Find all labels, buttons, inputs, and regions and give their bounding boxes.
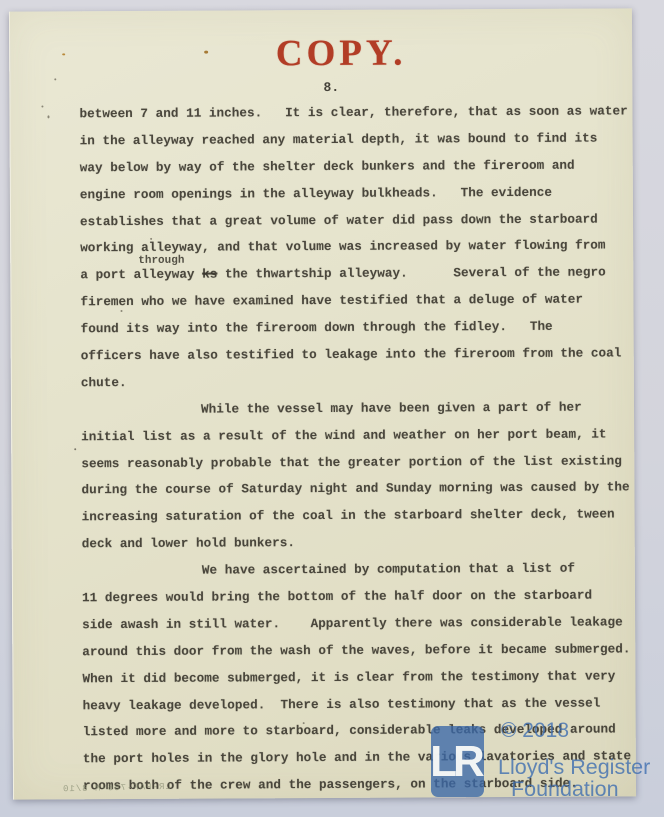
paper-speck <box>41 105 43 107</box>
struck-word: ks <box>202 267 217 282</box>
text-line: We have ascertained by computation that … <box>82 555 642 585</box>
text-line: found its way into the fireroom down thr… <box>81 313 641 343</box>
text-line: initial list as a result of the wind and… <box>81 421 641 451</box>
text-line: around this door from the wash of the wa… <box>82 636 642 666</box>
paper-speck <box>54 78 56 80</box>
text-line: side awash in still water. Apparently th… <box>82 609 642 639</box>
text-line: between 7 and 11 inches. It is clear, th… <box>79 98 639 128</box>
page-number: 8. <box>10 78 632 96</box>
text-line: listed more and more to starboard, consi… <box>83 717 643 747</box>
text-line: engine room openings in the alleyway bul… <box>80 179 640 209</box>
text-line: chute. <box>81 367 641 397</box>
copy-stamp: COPY. <box>10 30 632 76</box>
text-line: heavy leakage developed. There is also t… <box>83 690 643 720</box>
text-line: While the vessel may have been given a p… <box>81 394 641 424</box>
text-line: the port holes in the glory hole and in … <box>83 744 643 774</box>
text-line: during the course of Saturday night and … <box>81 475 641 505</box>
paper-speck <box>303 722 305 724</box>
text-line: way below by way of the shelter deck bun… <box>80 152 640 182</box>
text-line: seems reasonably probable that the great… <box>81 448 641 478</box>
text-line: officers have also testified to leakage … <box>81 340 641 370</box>
text-line: firemen who we have examined have testif… <box>80 287 640 317</box>
interlinear-insertion: through <box>138 255 184 267</box>
document-body: between 7 and 11 inches. It is clear, th… <box>79 98 643 800</box>
paper-speck <box>62 53 65 55</box>
text-line: 11 degrees would bring the bottom of the… <box>82 582 642 612</box>
paper-speck <box>74 448 76 450</box>
text-line: establishes that a great volume of water… <box>80 206 640 236</box>
text-line: increasing saturation of the coal in the… <box>82 502 642 532</box>
text-segment: a port alleyway <box>80 267 202 283</box>
text-segment: the thwartship alleyway. Several of the … <box>217 265 605 282</box>
paper-speck <box>150 238 152 240</box>
scan-canvas: COPY. 8. between 7 and 11 inches. It is … <box>0 0 664 817</box>
paper-speck <box>47 115 49 118</box>
paper-speck <box>204 51 208 54</box>
paper-speck <box>121 310 123 312</box>
text-line: When it did become submerged, it is clea… <box>82 663 642 693</box>
document-page: COPY. 8. between 7 and 11 inches. It is … <box>9 8 636 799</box>
text-line: in the alleyway reached any material dep… <box>80 125 640 155</box>
text-line: deck and lower hold bunkers. <box>82 529 642 559</box>
